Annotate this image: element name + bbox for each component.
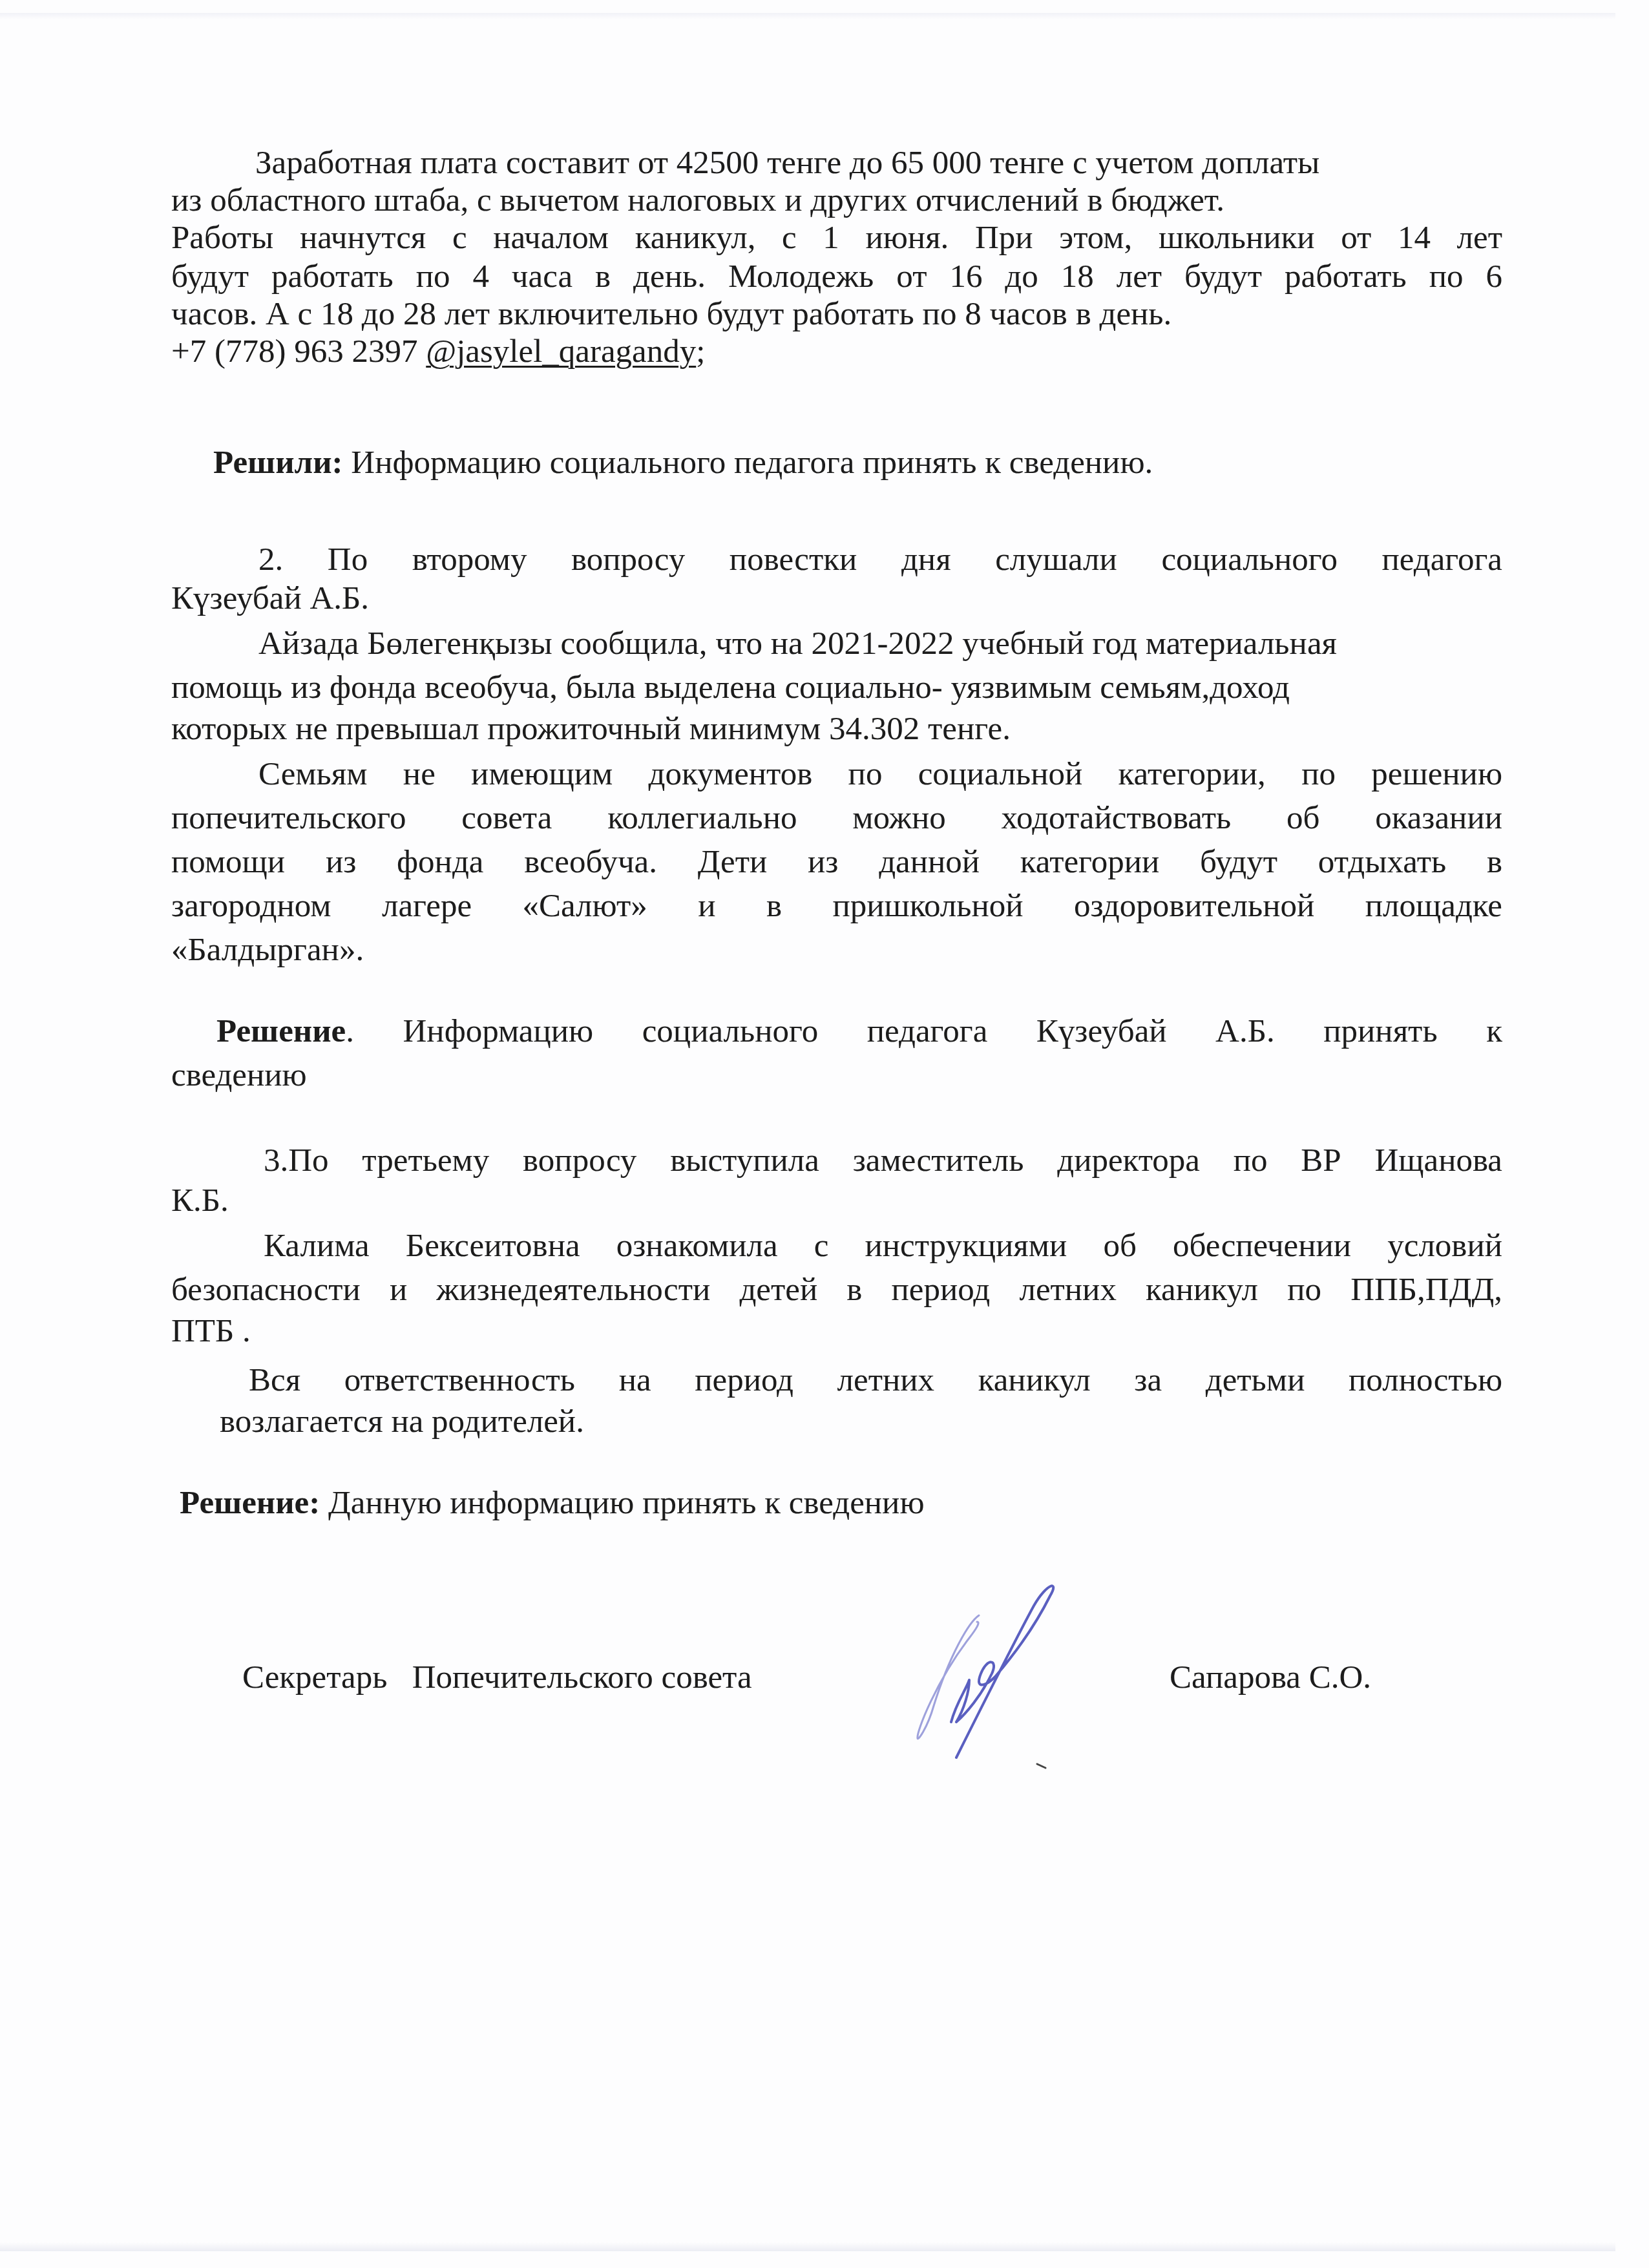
item-3-p2-line-2: безопасности и жизнедеятельности детей в…	[171, 1270, 1502, 1309]
item-2-p3-line-5: «Балдырган».	[171, 930, 364, 969]
item-3-p3-line-2: возлагается на родителей.	[220, 1402, 584, 1441]
item-2-p3-line-4: загородном лагере «Салют» и в пришкольно…	[171, 887, 1502, 925]
item-3-line-1: 3.По третьему вопросу выступила заместит…	[264, 1141, 1502, 1180]
decision-3-text: Данную информацию принять к сведению	[320, 1485, 924, 1521]
salary-line-5: часов. А с 18 до 28 лет включительно буд…	[171, 295, 1171, 333]
decision-3-label: Решение:	[180, 1485, 320, 1521]
salary-line-4: будут работать по 4 часа в день. Молодеж…	[171, 257, 1502, 296]
contact-line: +7 (778) 963 2397 @jasylel_qaragandy;	[171, 332, 705, 371]
signature-name: Сапарова С.О.	[1170, 1658, 1371, 1697]
scan-artifact-top	[0, 13, 1615, 19]
salary-line-3: Работы начнутся с началом каникул, с 1 и…	[171, 218, 1502, 257]
item-2-p2-line-3: которых не превышал прожиточный минимум …	[171, 709, 1011, 748]
item-2-p3-line-1: Семьям не имеющим документов по социальн…	[258, 755, 1502, 793]
scan-artifact-bottom	[0, 2242, 1615, 2251]
signature-role: Секретарь Попечительского совета	[242, 1658, 752, 1697]
item-2-line-1: 2. По второму вопросу повестки дня слуша…	[258, 540, 1502, 579]
decision-1-text: Информацию социального педагога принять …	[343, 445, 1153, 481]
item-2-line-2: Күзеубай А.Б.	[171, 579, 369, 618]
document-page: Заработная плата составит от 42500 тенге…	[0, 0, 1649, 2268]
salary-line-2: из областного штаба, с вычетом налоговых…	[171, 181, 1224, 220]
decision-2-text: . Информацию социального педагога Күзеуб…	[346, 1013, 1502, 1049]
decision-3: Решение: Данную информацию принять к све…	[180, 1484, 925, 1522]
decision-1: Решили: Информацию социального педагога …	[213, 443, 1153, 482]
item-3-p3-line-1: Вся ответственность на период летних кан…	[249, 1361, 1502, 1400]
item-2-p3-line-3: помощи из фонда всеобуча. Дети из данной…	[171, 843, 1502, 881]
decision-2-line-1: Решение. Информацию социального педагога…	[216, 1012, 1502, 1051]
salary-line-1: Заработная плата составит от 42500 тенге…	[255, 143, 1319, 182]
item-3-p2-line-1: Калима Бексеитовна ознакомила с инструкц…	[264, 1226, 1502, 1265]
contact-phone: +7 (778) 963 2397	[171, 333, 417, 370]
contact-suffix: ;	[696, 333, 705, 370]
item-3-line-2: К.Б.	[171, 1181, 229, 1220]
decision-2-line-2: сведению	[171, 1056, 307, 1095]
handwritten-signature	[905, 1577, 1073, 1770]
item-3-p2-line-3: ПТБ .	[171, 1312, 251, 1350]
decision-1-label: Решили:	[213, 445, 343, 481]
decision-2-label: Решение	[216, 1013, 346, 1049]
item-2-p2-line-2: помощь из фонда всеобуча, была выделена …	[171, 668, 1290, 707]
contact-handle-link[interactable]: @jasylel_qaragandy	[426, 333, 696, 370]
item-2-p2-line-1: Айзада Бөлегенқызы сообщила, что на 2021…	[258, 624, 1337, 663]
item-2-p3-line-2: попечительского совета коллегиально можн…	[171, 799, 1502, 837]
